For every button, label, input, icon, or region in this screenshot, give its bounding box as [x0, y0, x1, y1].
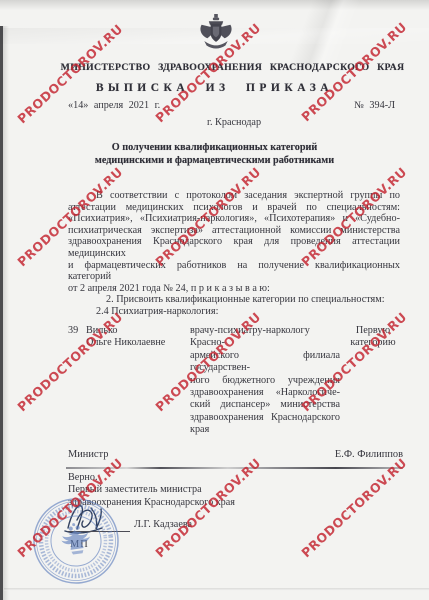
body-line: психиатрическая экспертиза» аттестационн… [68, 225, 400, 237]
paper-fold-bottom [4, 588, 429, 591]
verno-label: Верно. [68, 472, 369, 484]
order-item-2-4: 2.4 Психиатрия-наркология: [68, 306, 400, 318]
entry-position: врачу-психиатру-наркологу Красно- армейс… [190, 325, 340, 437]
order-date: «14» апреля 2021 г. [68, 100, 160, 111]
order-place: г. Краснодар [68, 117, 400, 128]
official-round-stamp [26, 491, 125, 590]
separator-line [66, 467, 403, 469]
position-line: здравоохранения Краснодарского [190, 412, 340, 424]
body-line: здравоохранения Краснодарского края для … [68, 236, 400, 259]
body-line: аттестации медицинских психологов и врач… [68, 202, 400, 214]
order-number: № 394-Л [354, 100, 395, 111]
position-line: здравоохранения «Наркологиче- [190, 387, 340, 399]
ministry-title: МИНИСТЕРСТВО ЗДРАВООХРАНЕНИЯ КРАСНОДАРСК… [36, 62, 429, 73]
category-line-1: Первую [346, 325, 400, 337]
entry-name: Вилько Ольге Николаевне [86, 325, 190, 437]
scanned-document: МИНИСТЕРСТВО ЗДРАВООХРАНЕНИЯ КРАСНОДАРСК… [0, 0, 429, 600]
entry-number: 39 [68, 325, 86, 437]
position-line: ного бюджетного учреждения [190, 375, 340, 387]
stamp-eagle-icon [59, 521, 92, 556]
minister-name: Е.Ф. Филиппов [335, 449, 403, 460]
subject-line-2: медицинскими и фармацевтическими работни… [40, 154, 389, 167]
body-line: и фармацевтических работников на получен… [68, 260, 400, 283]
entry-given-name: Ольге Николаевне [86, 337, 190, 349]
body-line: «Психиатрия», «Психиатрия-наркология», «… [68, 213, 400, 225]
scan-left-edge-shadow [3, 26, 9, 600]
body-line: от 2 апреля 2021 года № 24, п р и к а з … [68, 283, 400, 295]
document-type-title: ВЫПИСКА ИЗ ПРИКАЗА [0, 82, 429, 94]
award-entry-row: 39 Вилько Ольге Николаевне врачу-психиат… [68, 325, 400, 437]
position-line: ский диспансер» министерства [190, 399, 340, 411]
coat-of-arms-icon [198, 12, 234, 52]
deputy-name: Л.Г. Кадзаева [134, 519, 192, 530]
position-line: врачу-психиатру-наркологу Красно- [190, 325, 340, 350]
category-line-2: категорию [346, 337, 400, 349]
position-line: армейского филиала государствен- [190, 350, 340, 375]
entry-surname: Вилько [86, 325, 190, 337]
subject-line-1: О получении квалификационных категорий [40, 141, 389, 154]
entry-category: Первую категорию [340, 325, 400, 437]
order-body: В соответствии с протоколом заседания эк… [68, 190, 400, 318]
position-line: края [190, 424, 340, 436]
body-line: В соответствии с протоколом заседания эк… [68, 190, 400, 202]
minister-label: Министр [68, 449, 108, 460]
order-item-2: 2. Присвоить квалификационные категории … [68, 294, 400, 306]
